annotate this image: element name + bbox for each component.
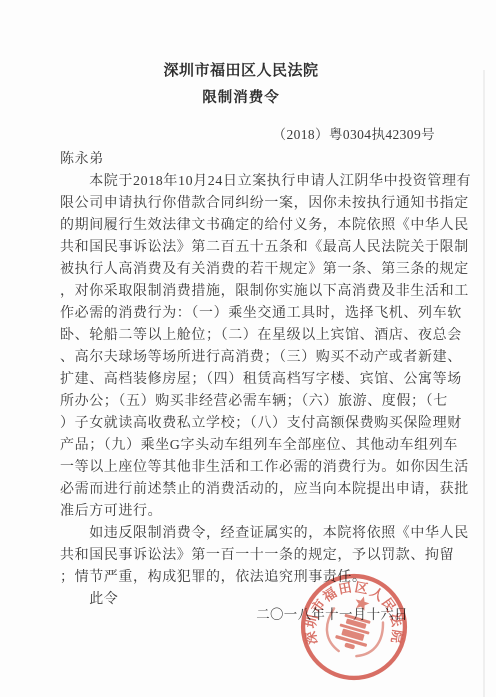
text-line: ，对你采取限制消费措施，限制你实施以下高消费及非生活和工 — [60, 281, 458, 303]
text-line: 一等以上座位等其他非生活和工作必需的消费行为。如你因生活 — [60, 457, 458, 479]
text-line: 本院于2018年10月24日立案执行申请人江阴华中投资管理有 — [60, 171, 458, 193]
text-line: ）子女就读高收费私立学校；（八）支付高额保费购买保险理财 — [60, 413, 458, 435]
text-line: 被执行人高消费及有关消费的若干规定》第一条、第三条的规定 — [60, 259, 458, 281]
text-line: 卧、轮船二等以上舱位；（二）在星级以上宾馆、酒店、夜总会 — [60, 325, 458, 347]
text-line: 必需而进行前述禁止的消费活动的，应当向本院提出申请，获批 — [60, 479, 458, 501]
text-line: 如违反限制消费令，经查证属实的，本院将依照《中华人民 — [60, 523, 458, 545]
court-name-heading: 深圳市福田区人民法院 — [0, 59, 482, 80]
text-line: 所办公；（五）购买非经营必需车辆；（六）旅游、度假；（七 — [60, 391, 458, 413]
text-line: 准后方可进行。 — [60, 501, 458, 523]
court-order-document: 深圳市福田区人民法院 限制消费令 （2018）粤0304执42309号 陈永弟 … — [0, 0, 496, 697]
text-line: 作必需的消费行为：（一）乘坐交通工具时，选择飞机、列车软 — [60, 303, 458, 325]
text-line: 共和国民事诉讼法》第一百一十一条的规定，予以罚款、拘留 — [60, 545, 458, 567]
case-number: （2018）粤0304执42309号 — [273, 123, 435, 143]
order-title-heading: 限制消费令 — [0, 86, 482, 107]
text-line: 扩建、高档装修房屋；（四）租赁高档写字楼、宾馆、公寓等场 — [60, 369, 458, 391]
text-line: 陈永弟 — [60, 149, 458, 171]
text-line: 共和国民事诉讼法》第二百五十五条和《最高人民法院关于限制 — [60, 237, 458, 259]
order-body-text: 陈永弟 本院于2018年10月24日立案执行申请人江阴华中投资管理有限公司申请执… — [60, 149, 458, 611]
scan-page-edge — [483, 70, 485, 697]
court-seal-stamp: 深圳市福田区人民法院 — [299, 572, 409, 682]
text-line: 、高尔夫球场等场所进行高消费；（三）购买不动产或者新建、 — [60, 347, 458, 369]
seal-outer-ring — [303, 576, 405, 678]
text-line: 产品；（九）乘坐G字头动车组列车全部座位、其他动车组列车 — [60, 435, 458, 457]
text-line: 限公司申请执行你借款合同纠纷一案，因你未按执行通知书指定 — [60, 193, 458, 215]
text-line: 的期间履行生效法律文书确定的给付义务，本院依照《中华人民 — [60, 215, 458, 237]
